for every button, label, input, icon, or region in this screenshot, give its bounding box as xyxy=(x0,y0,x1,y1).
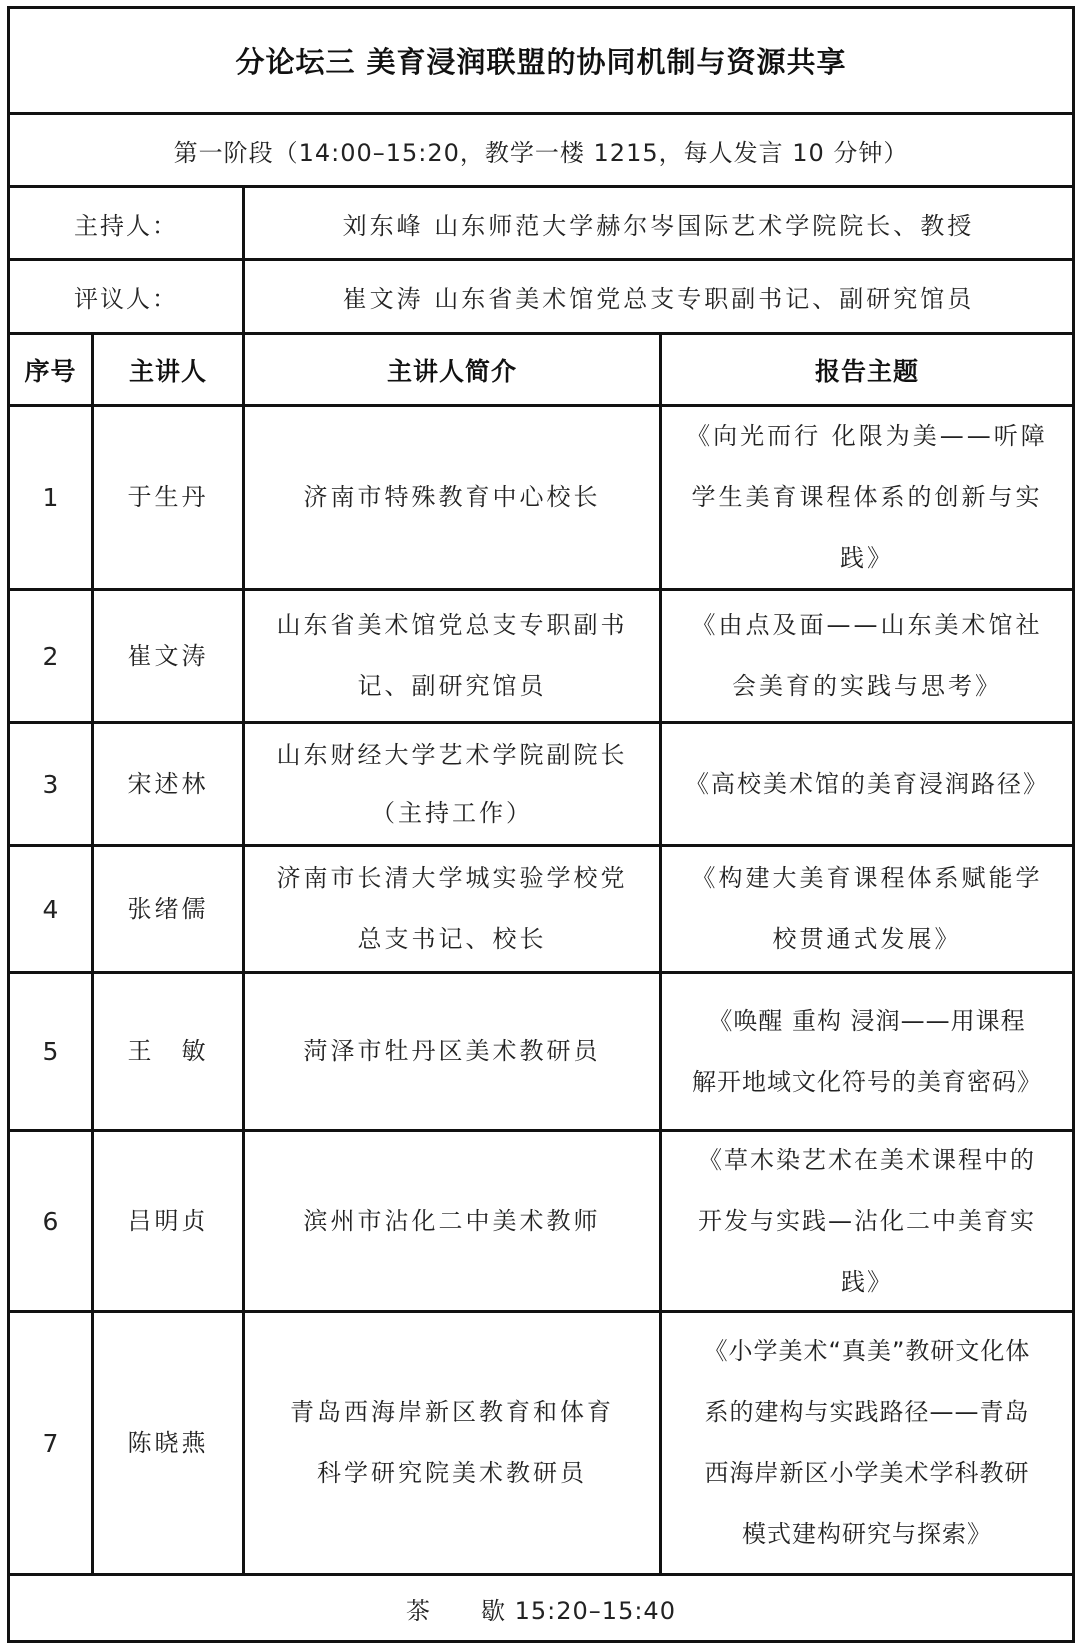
column-header-speaker: 主讲人 xyxy=(94,335,242,404)
table-row-no: 3 xyxy=(10,724,91,844)
table-row-intro: 济南市长清大学城实验学校党 总支书记、校长 xyxy=(245,847,659,971)
table-row-speaker: 吕明贞 xyxy=(94,1132,242,1310)
table-row-no: 4 xyxy=(10,847,91,971)
table-row-speaker: 于生丹 xyxy=(94,407,242,588)
table-row-intro: 山东财经大学艺术学院副院长 （主持工作） xyxy=(245,724,659,844)
table-row-topic: 《草木染艺术在美术课程中的 开发与实践—沾化二中美育实 践》 xyxy=(662,1132,1072,1310)
table-row-topic: 《向光而行 化限为美——听障 学生美育课程体系的创新与实 践》 xyxy=(662,407,1072,588)
column-header-intro: 主讲人简介 xyxy=(245,335,659,404)
table-row-speaker: 陈晓燕 xyxy=(94,1313,242,1573)
table-row-speaker: 宋述林 xyxy=(94,724,242,844)
table-row-topic: 《由点及面——山东美术馆社 会美育的实践与思考》 xyxy=(662,591,1072,721)
reviewer-value: 崔文涛 山东省美术馆党总支专职副书记、副研究馆员 xyxy=(245,261,1072,332)
page-title: 分论坛三 美育浸润联盟的协同机制与资源共享 xyxy=(10,9,1072,112)
table-row-speaker: 崔文涛 xyxy=(94,591,242,721)
table-row-no: 7 xyxy=(10,1313,91,1573)
table-row-no: 6 xyxy=(10,1132,91,1310)
table-row-speaker: 王 敏 xyxy=(94,974,242,1129)
column-header-topic: 报告主题 xyxy=(662,335,1072,404)
session-info: 第一阶段（14:00–15:20，教学一楼 1215，每人发言 10 分钟） xyxy=(10,115,1072,185)
table-row-intro: 菏泽市牡丹区美术教研员 xyxy=(245,974,659,1129)
table-row-topic: 《唤醒 重构 浸润——用课程 解开地域文化符号的美育密码》 xyxy=(662,974,1072,1129)
table-row-intro: 山东省美术馆党总支专职副书 记、副研究馆员 xyxy=(245,591,659,721)
table-row-speaker: 张绪儒 xyxy=(94,847,242,971)
table-row-topic: 《高校美术馆的美育浸润路径》 xyxy=(662,724,1072,844)
table-row-no: 1 xyxy=(10,407,91,588)
tea-break: 茶 歇 15:20–15:40 xyxy=(10,1576,1072,1640)
reviewer-label: 评议人： xyxy=(10,261,242,332)
table-row-intro: 青岛西海岸新区教育和体育 科学研究院美术教研员 xyxy=(245,1313,659,1573)
table-row-no: 5 xyxy=(10,974,91,1129)
table-row-topic: 《构建大美育课程体系赋能学 校贯通式发展》 xyxy=(662,847,1072,971)
table-row-topic: 《小学美术“真美”教研文化体 系的建构与实践路径——青岛 西海岸新区小学美术学科… xyxy=(662,1313,1072,1573)
table-row-no: 2 xyxy=(10,591,91,721)
table-row-intro: 济南市特殊教育中心校长 xyxy=(245,407,659,588)
table-row-intro: 滨州市沾化二中美术教师 xyxy=(245,1132,659,1310)
column-header-no: 序号 xyxy=(10,335,91,404)
host-value: 刘东峰 山东师范大学赫尔岑国际艺术学院院长、教授 xyxy=(245,188,1072,258)
host-label: 主持人： xyxy=(10,188,242,258)
